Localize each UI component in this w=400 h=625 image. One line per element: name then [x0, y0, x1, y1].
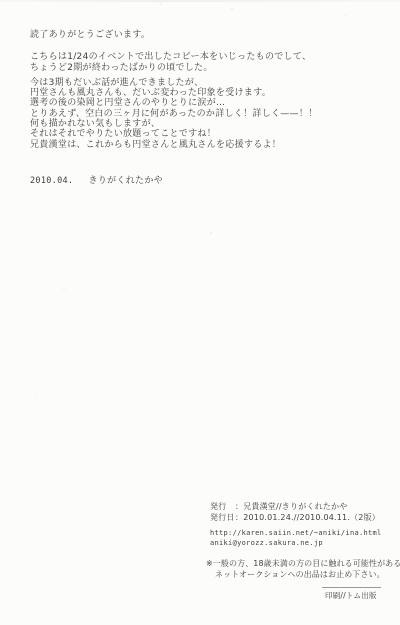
colophon-publisher-row: 発行 ： 兄貴漢堂//きりがくれたかや — [210, 501, 382, 512]
printer-divider-rule — [322, 587, 381, 588]
afterword-line: こちらは1/24のイベントで出したコピー本をいじったものでして、 — [30, 52, 311, 63]
signature-date: 2010.04. — [30, 176, 73, 186]
afterword-line: 兄貴漢堂は、これからも円堂さんと風丸さんを応援するよ！ — [30, 140, 281, 151]
notice-line: ネットオークションへの出品はお止め下さい。 — [206, 570, 400, 581]
scanned-afterword-page: 読了ありがとうございます。 こちらは1/24のイベントで出したコピー本をいじった… — [0, 0, 400, 625]
afterword-line: それはそれでやりたい放題ってことですね！ — [30, 129, 318, 139]
afterword-paragraph-thanks: 読了ありがとうございます。 — [30, 30, 150, 41]
signature-author-name: きりがくれたかや — [89, 176, 163, 186]
website-url: http://karen.saiin.net/~aniki/ina.html — [210, 528, 382, 538]
afterword-line: 円堂さんも風丸さんも、だいぶ変わった印象を受けます。 — [30, 88, 318, 98]
printer-credit: 印刷//トム出版 — [325, 590, 377, 601]
afterword-line: 選考の後の染岡と円堂さんのやりとりに涙が… — [30, 98, 318, 108]
afterword-line: とりあえず、空白の三ヶ月に何があったのか詳しく！詳しく——！！ — [30, 109, 318, 119]
afterword-line: 読了ありがとうございます。 — [30, 30, 150, 41]
afterword-line: 今は3期もだいぶ話が進んできましたが、 — [30, 78, 318, 88]
colophon-contact: http://karen.saiin.net/~aniki/ina.html a… — [210, 528, 382, 548]
afterword-paragraph-origin: こちらは1/24のイベントで出したコピー本をいじったものでして、 ちょうど2期が… — [30, 52, 311, 73]
author-signature: 2010.04. きりがくれたかや — [30, 173, 163, 186]
notice-line: ※一般の方、18歳未満の方の目に触れる可能性があるため、 — [206, 559, 400, 570]
publish-date-label: 発行日 — [210, 512, 235, 523]
colophon-date-row: 発行日 ： 2010.01.24.//2010.04.11.（2版） — [210, 512, 382, 523]
afterword-line: ちょうど2期が終わったばかりの頃でした。 — [30, 63, 311, 74]
scan-edge-artifact — [0, 0, 400, 2]
publisher-colon: ： — [235, 501, 243, 512]
colophon: 発行 ： 兄貴漢堂//きりがくれたかや 発行日 ： 2010.01.24.//2… — [210, 501, 382, 548]
publish-date-colon: ： — [235, 512, 243, 523]
publisher-value: 兄貴漢堂//きりがくれたかや — [243, 501, 347, 512]
email-address: aniki@yorozz.sakura.ne.jp — [210, 538, 382, 548]
afterword-paragraph-impressions: 今は3期もだいぶ話が進んできましたが、 円堂さんも風丸さんも、だいぶ変わった印象… — [30, 78, 318, 139]
publish-date-value: 2010.01.24.//2010.04.11.（2版） — [243, 512, 380, 523]
auction-warning-notice: ※一般の方、18歳未満の方の目に触れる可能性があるため、 ネットオークションへの… — [206, 559, 400, 580]
publisher-label: 発行 — [210, 501, 235, 512]
afterword-paragraph-support: 兄貴漢堂は、これからも円堂さんと風丸さんを応援するよ！ — [30, 140, 281, 151]
afterword-line: 何も描かれない気もしますが、 — [30, 119, 318, 129]
scan-noise — [0, 0, 2, 2]
